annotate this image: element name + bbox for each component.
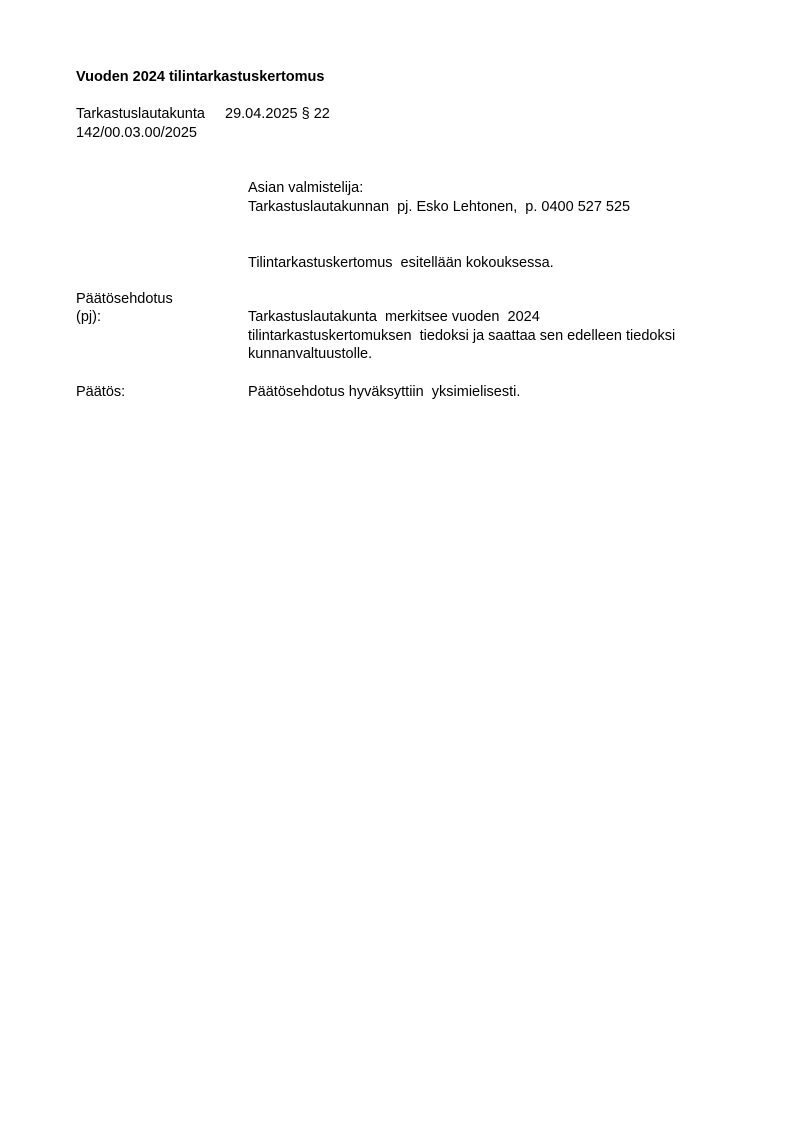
record-number: 142/00.03.00/2025 [76,124,197,143]
decision-label: Päätös: [76,383,125,402]
preparer-value: Tarkastuslautakunnan pj. Esko Lehtonen, … [248,198,630,217]
decision-value: Päätösehdotus hyväksyttiin yksimielisest… [248,383,520,402]
proposal-text-line: tilintarkastuskertomuksen tiedoksi ja sa… [248,327,675,346]
proposal-text-line: kunnanvaltuustolle. [248,345,372,364]
presentation-text: Tilintarkastuskertomus esitellään kokouk… [248,254,554,273]
document-title: Vuoden 2024 tilintarkastuskertomus [76,68,324,87]
meeting-date-section: 29.04.2025 § 22 [225,105,330,124]
proposal-label-line2: (pj): [76,308,101,327]
preparer-label: Asian valmistelija: [248,179,363,198]
proposal-label-line1: Päätösehdotus [76,290,173,309]
meeting-body: Tarkastuslautakunta [76,105,205,124]
proposal-text-line: Tarkastuslautakunta merkitsee vuoden 202… [248,308,540,327]
